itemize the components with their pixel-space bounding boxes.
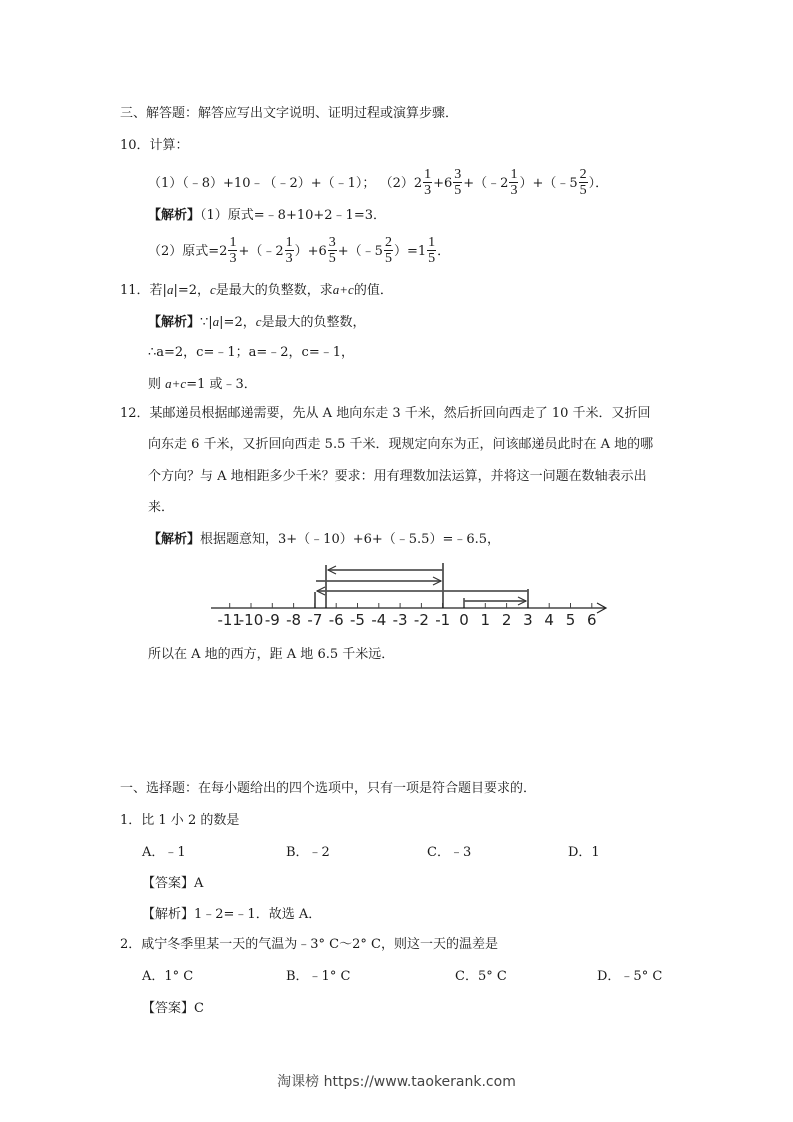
section1-heading: 一、选择题：在每小题给出的四个选项中，只有一项是符合题目要求的．	[120, 781, 536, 797]
fraction: 13	[423, 167, 432, 198]
axis-tick-label: 1	[481, 611, 491, 629]
fraction: 35	[328, 235, 337, 266]
analysis-label: 【解析】	[148, 315, 200, 330]
axis-tick-label: -9	[265, 611, 280, 629]
q1-option-b: B．﹣2	[286, 845, 330, 861]
axis-tick-label: -4	[371, 611, 386, 629]
q12-line2: 向东走 6 千米，又折回向西走 5.5 千米．现规定向东为正，问该邮递员此时在 …	[148, 437, 653, 453]
fraction: 15	[427, 235, 436, 266]
axis-tick-label: 0	[459, 611, 469, 629]
axis-tick-label: 5	[566, 611, 576, 629]
analysis-label: 【解析】	[148, 208, 200, 223]
axis-tick-label: -7	[307, 611, 322, 629]
fraction: 13	[509, 167, 518, 198]
q2-answer: 【答案】C	[142, 1001, 204, 1017]
section3-heading: 三、解答题：解答应写出文字说明、证明过程或演算步骤．	[120, 106, 458, 122]
fraction: 35	[453, 167, 462, 198]
fraction: 25	[579, 167, 588, 198]
q1-analysis: 【解析】1﹣2=﹣1．故选 A．	[142, 907, 321, 923]
q10-title: 10．计算：	[120, 138, 189, 154]
q12-line3: 个方向？与 A 地相距多少千米？要求：用有理数加法运算，并将这一问题在数轴表示出	[148, 469, 647, 485]
axis-tick-labels: -11-10-9-8-7-6-5-4-3-2-10123456	[217, 611, 596, 629]
axis-tick-label: 2	[502, 611, 512, 629]
axis-tick-label: 3	[523, 611, 533, 629]
q10-part1: （1）（﹣8）+10﹣（﹣2）+（﹣1）；	[148, 176, 375, 191]
q1-option-c: C．﹣3	[427, 845, 471, 861]
q2-option-b: B．﹣1° C	[286, 969, 350, 985]
number-line-diagram: -11-10-9-8-7-6-5-4-3-2-10123456	[0, 555, 793, 635]
q1-option-d: D．1	[568, 845, 600, 861]
axis-ticks	[230, 603, 592, 608]
q2-option-d: D．﹣5° C	[597, 969, 662, 985]
q1-title: 1．比 1 小 2 的数是	[120, 813, 239, 829]
q11-analysis3: 则 a+c=1 或﹣3．	[148, 376, 257, 393]
axis-tick-label: -3	[393, 611, 408, 629]
axis-tick-label: 6	[587, 611, 597, 629]
q2-option-a: A．1° C	[142, 969, 193, 985]
q2-title: 2．咸宁冬季里某一天的气温为﹣3° C～2° C，则这一天的温差是	[120, 937, 498, 953]
axis-tick-label: -5	[350, 611, 365, 629]
q1-answer: 【答案】A	[142, 876, 203, 892]
axis-tick-label: -10	[239, 611, 264, 629]
q12-conclusion: 所以在 A 地的西方，距 A 地 6.5 千米远．	[148, 647, 394, 663]
axis-tick-label: -2	[414, 611, 429, 629]
q11-title: 11．若|a|=2，c是最大的负整数，求a+c的值．	[120, 282, 393, 299]
fraction: 25	[384, 235, 393, 266]
axis-tick-label: -6	[329, 611, 344, 629]
axis-tick-label: -1	[435, 611, 450, 629]
q10-analysis1: 【解析】（1）原式=﹣8+10+2﹣1=3．	[148, 208, 386, 224]
q10-part2: （2）213+635+（﹣213）+（﹣525）．	[380, 176, 609, 191]
q1-option-a: A．﹣1	[142, 845, 186, 861]
analysis-label: 【解析】	[148, 532, 200, 547]
q10-analysis2: （2）原式=213+（﹣213）+635+（﹣525）=115．	[148, 234, 450, 270]
axis-tick-label: -8	[286, 611, 301, 629]
fraction: 13	[285, 235, 294, 266]
axis-tick-label: 4	[544, 611, 554, 629]
q10-parts: （1）（﹣8）+10﹣（﹣2）+（﹣1）； （2）213+635+（﹣213）+…	[148, 166, 608, 202]
q12-analysis: 【解析】根据题意知，3+（﹣10）+6+（﹣5.5）=﹣6.5，	[148, 532, 500, 548]
q12-line1: 12．某邮递员根据邮递需要，先从 A 地向东走 3 千米，然后折回向西走了 10…	[120, 406, 651, 422]
q12-line4: 来．	[148, 500, 174, 516]
q11-analysis2: ∴a=2，c=﹣1；a=﹣2，c=﹣1，	[148, 345, 354, 361]
footer-watermark: 淘课榜 https://www.taokerank.com	[0, 1071, 793, 1091]
q2-option-c: C．5° C	[455, 969, 507, 985]
q11-analysis1: 【解析】∵|a|=2，c是最大的负整数，	[148, 314, 366, 331]
fraction: 13	[228, 235, 237, 266]
